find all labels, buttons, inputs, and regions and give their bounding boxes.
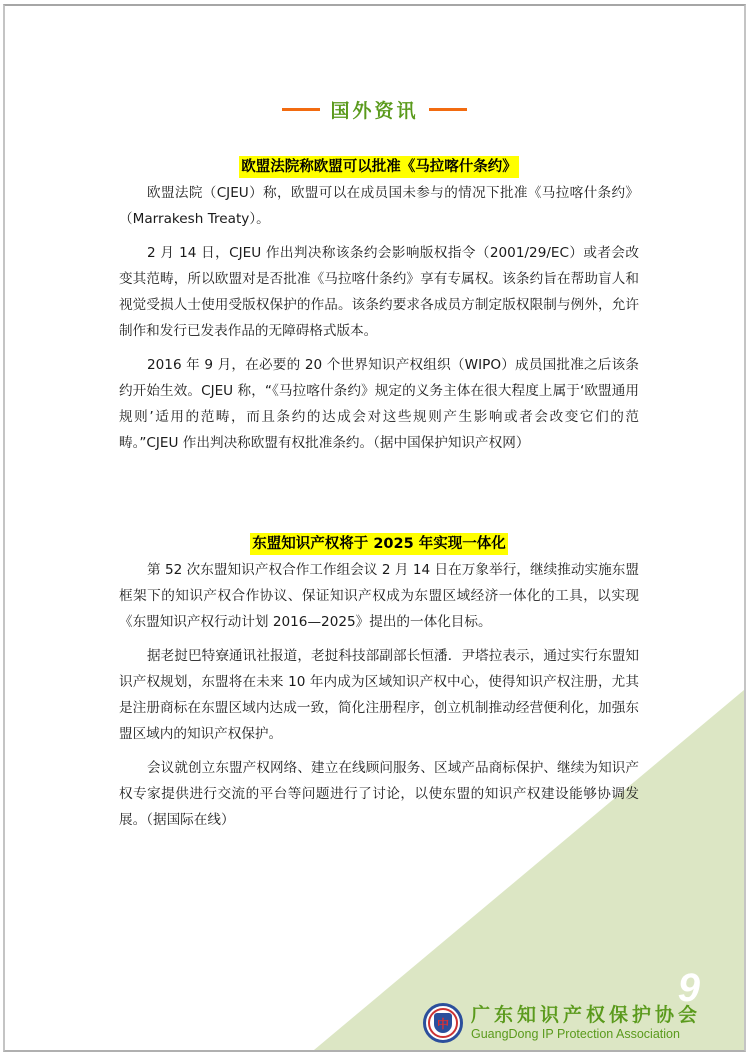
article-title-text: 东盟知识产权将于 2025 年实现一体化 [250,533,507,555]
article-paragraph: 欧盟法院（CJEU）称，欧盟可以在成员国未参与的情况下批准《马拉喀什条约》（Ma… [119,180,639,232]
association-emblem-icon: 中 [423,1003,463,1043]
header-line-right [429,108,467,111]
article-paragraph: 2016 年 9 月，在必要的 20 个世界知识产权组织（WIPO）成员国批准之… [119,352,639,456]
article-title-text: 欧盟法院称欧盟可以批准《马拉喀什条约》 [239,156,519,178]
org-name-cn: 广东知识产权保护协会 [471,1004,701,1026]
article-title: 欧盟法院称欧盟可以批准《马拉喀什条约》 [119,156,639,178]
section-header: 国外资讯 [5,94,744,124]
article-paragraph: 据老挝巴特寮通讯社报道，老挝科技部副部长恒潘．尹塔拉表示，通过实行东盟知识产权规… [119,643,639,747]
header-line-left [282,108,320,111]
section-title: 国外资讯 [330,96,418,123]
article-eu-marrakesh: 欧盟法院称欧盟可以批准《马拉喀什条约》 欧盟法院（CJEU）称，欧盟可以在成员国… [119,156,639,456]
document-page: 国外资讯 欧盟法院称欧盟可以批准《马拉喀什条约》 欧盟法院（CJEU）称，欧盟可… [3,4,746,1052]
article-title: 东盟知识产权将于 2025 年实现一体化 [119,533,639,555]
article-paragraph: 会议就创立东盟产权网络、建立在线顾问服务、区域产品商标保护、继续为知识产权专家提… [119,755,639,833]
article-paragraph: 2 月 14 日，CJEU 作出判决称该条约会影响版权指令（2001/29/EC… [119,240,639,344]
article-asean-ip: 东盟知识产权将于 2025 年实现一体化 第 52 次东盟知识产权合作工作组会议… [119,533,639,833]
footer-branding: 中 广东知识产权保护协会 GuangDong IP Protection Ass… [423,998,701,1048]
org-name-en: GuangDong IP Protection Association [471,1026,701,1042]
article-paragraph: 第 52 次东盟知识产权合作工作组会议 2 月 14 日在万象举行，继续推动实施… [119,557,639,635]
